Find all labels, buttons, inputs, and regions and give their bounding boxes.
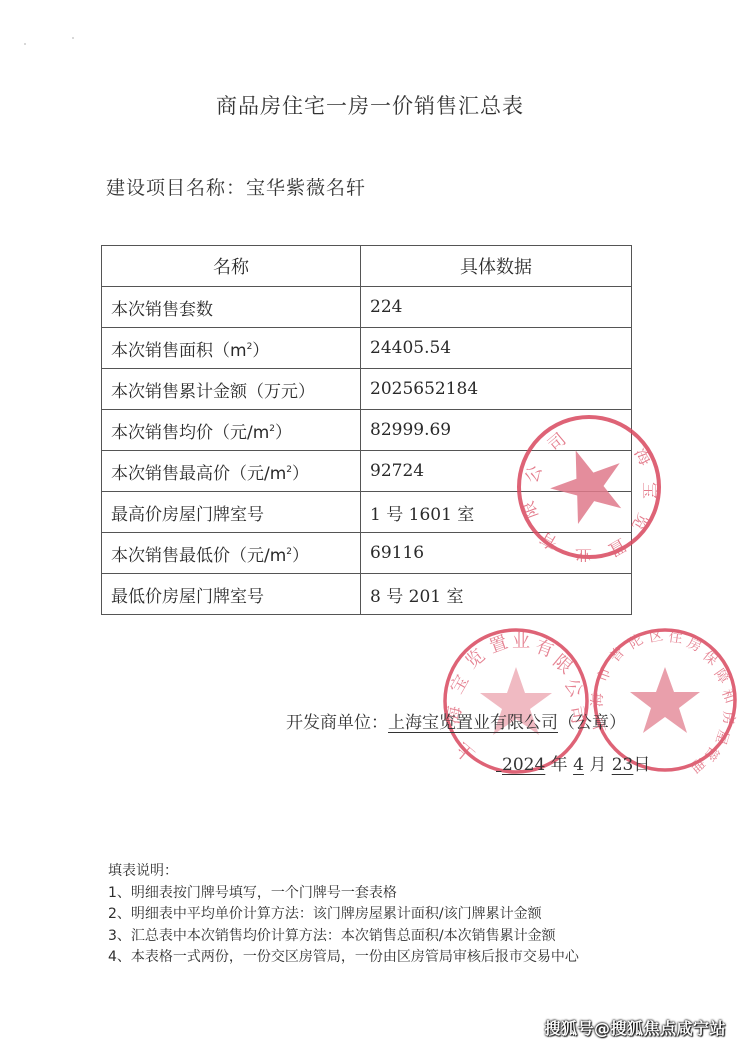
row-label: 本次销售最低价（元/m2） [102,533,361,574]
date-month: 4 [573,755,584,775]
row-label: 本次销售累计金额（万元） [102,369,361,410]
svg-text:管: 管 [701,743,722,764]
date-day: 23 [612,755,634,775]
svg-text:保: 保 [699,648,720,669]
row-label: 本次销售面积（m2） [102,328,361,369]
svg-text:限: 限 [549,651,576,679]
svg-text:宝: 宝 [446,671,473,697]
table-row: 最低价房屋门牌室号 8 号 201 室 [102,574,632,615]
row-label: 本次销售均价（元/m2） [102,410,361,451]
row-value: 224 [361,287,632,328]
star-icon [630,667,700,733]
svg-text:区: 区 [648,628,665,646]
table-row: 本次销售均价（元/m2） 82999.69 [102,410,632,451]
svg-text:和: 和 [718,687,738,705]
svg-text:屋: 屋 [712,728,732,746]
scan-speck [24,43,26,45]
row-value: 24405.54 [361,328,632,369]
date-month-unit: 月 [589,755,606,775]
svg-text:业: 业 [512,631,530,652]
table-row: 本次销售面积（m2） 24405.54 [102,328,632,369]
project-name: 宝华紫薇名轩 [246,177,366,199]
svg-text:理: 理 [687,754,708,775]
svg-text:宝: 宝 [639,482,659,499]
svg-text:置: 置 [487,632,511,658]
document-title: 商品房住宅一房一价销售汇总表 [0,90,740,120]
svg-text:海: 海 [630,445,656,470]
row-label: 本次销售套数 [102,287,361,328]
svg-text:房: 房 [720,711,737,725]
date-year: 2024 [502,755,545,775]
sales-summary-table: 名称 具体数据 本次销售套数 224 本次销售面积（m2） 24405.54 本… [101,245,632,615]
svg-text:陀: 陀 [626,632,646,653]
table-row: 本次销售最高价（元/m2） 92724 [102,451,632,492]
developer-line: 开发商单位：上海宝览置业有限公司（公章） [286,708,626,733]
row-value: 8 号 201 室 [361,574,632,615]
note-item: 2、明细表中平均单价计算方法：该门牌房屋累计面积/该门牌累计金额 [108,904,579,926]
row-value: 69116 [361,533,632,574]
note-item: 3、汇总表中本次销售均价计算方法：本次销售总面积/本次销售累计金额 [108,926,579,948]
svg-text:普: 普 [607,645,628,666]
note-item: 1、明细表按门牌号填写，一个门牌号一套表格 [108,883,579,905]
note-item: 4、本表格一式两份，一份交区房管局，一份由区房管局审核后报市交易中心 [108,947,579,969]
svg-text:海: 海 [590,693,606,707]
svg-text:上: 上 [452,738,479,766]
row-label: 最高价房屋门牌室号 [102,492,361,533]
row-value: 1 号 1601 室 [361,492,632,533]
row-value: 2025652184 [361,369,632,410]
svg-text:览: 览 [462,645,489,673]
source-watermark: 搜狐号@搜狐焦点咸宁站 [544,1016,726,1039]
project-label: 建设项目名称： [106,177,246,199]
svg-text:房: 房 [684,634,704,655]
notes-heading: 填表说明： [108,861,579,883]
filling-instructions: 填表说明： 1、明细表按门牌号填写，一个门牌号一套表格 2、明细表中平均单价计算… [108,861,579,969]
table-header-row: 名称 具体数据 [102,246,632,287]
project-name-line: 建设项目名称：宝华紫薇名轩 [106,173,366,200]
svg-text:市: 市 [595,666,615,685]
row-label: 最低价房屋门牌室号 [102,574,361,615]
column-header-name: 名称 [102,246,361,287]
table-row: 最高价房屋门牌室号 1 号 1601 室 [102,492,632,533]
table-row: 本次销售最低价（元/m2） 69116 [102,533,632,574]
row-value: 92724 [361,451,632,492]
scan-speck [72,37,74,39]
date-day-unit: 日 [633,755,650,775]
date-year-unit: 年 [551,755,568,775]
column-header-data: 具体数据 [361,246,632,287]
seal-note: （公章） [558,713,626,733]
svg-text:住: 住 [667,629,683,647]
table-row: 本次销售累计金额（万元） 2025652184 [102,369,632,410]
svg-text:障: 障 [711,666,732,687]
developer-label: 开发商单位： [286,713,388,733]
table-row: 本次销售套数 224 [102,287,632,328]
signature-date: 2024 年 4 月 23日 [496,750,650,775]
row-value: 82999.69 [361,410,632,451]
row-label: 本次销售最高价（元/m2） [102,451,361,492]
developer-name: 上海宝览置业有限公司 [388,713,558,733]
svg-text:公: 公 [560,675,587,701]
svg-text:有: 有 [532,636,556,662]
